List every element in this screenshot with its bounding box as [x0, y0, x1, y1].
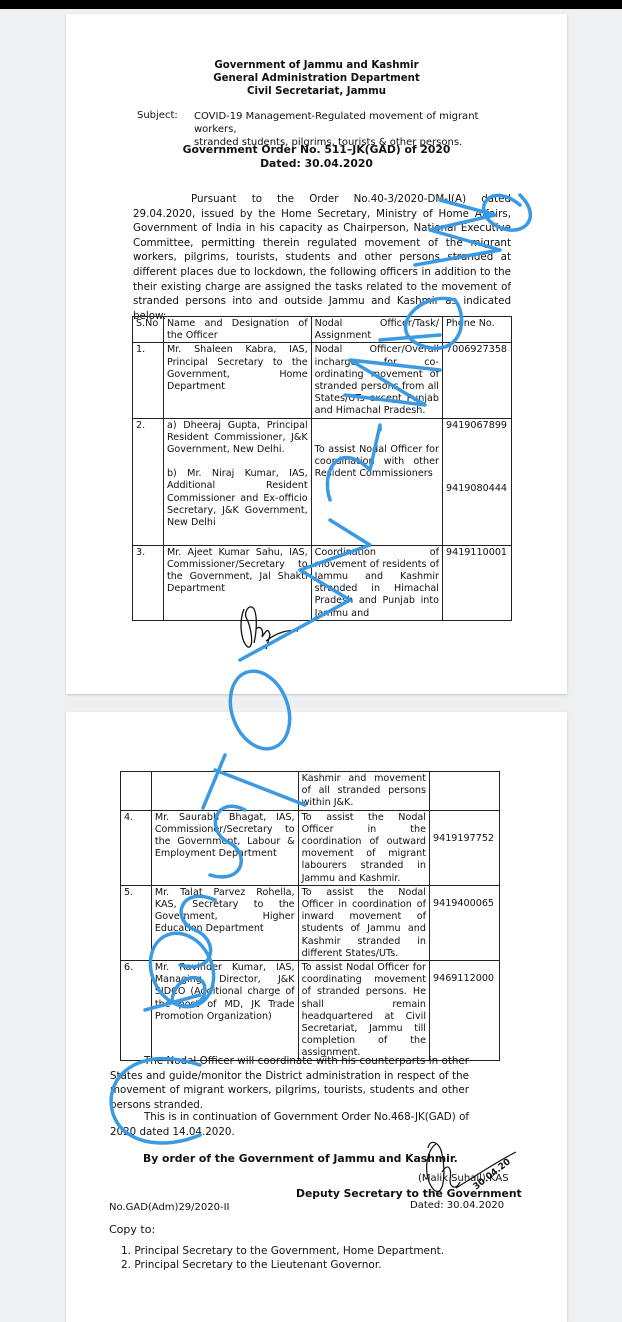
order-date: Dated: 30.04.2020 [66, 157, 567, 171]
row-task: Kashmir and movement of all stranded per… [298, 772, 429, 811]
closing-paragraph-1: The Nodal Officer will coordinate with h… [110, 1054, 469, 1112]
phone-b: 9419080444 [446, 483, 508, 495]
row-phone-empty [429, 772, 499, 811]
signatory-name: (Malik Suhail) KAS [418, 1173, 509, 1184]
table-header-row: S.No Name and Designation of the Officer… [133, 317, 512, 343]
row-officer: Mr. Talat Parvez Rohella, KAS, Secretary… [151, 885, 298, 960]
row-officer: Mr. Shaleen Kabra, IAS, Principal Secret… [163, 343, 311, 418]
copy-to-label: Copy to: [109, 1223, 155, 1236]
row-task: To assist Nodal Officer for coordinating… [298, 961, 429, 1061]
row-phone: 7006927358 [442, 343, 511, 418]
intro-paragraph: Pursuant to the Order No.40-3/2020-DM-I(… [133, 192, 511, 323]
row-officer-empty [151, 772, 298, 811]
reference-date: Dated: 30.04.2020 [410, 1200, 504, 1211]
table-row-continued: Kashmir and movement of all stranded per… [121, 772, 500, 811]
letterhead-line-2: General Administration Department [66, 73, 567, 86]
row-sno: 2. [133, 418, 164, 545]
document-page-2: Kashmir and movement of all stranded per… [66, 712, 567, 1322]
row-sno: 5. [121, 885, 152, 960]
subject-label: Subject: [137, 110, 178, 121]
subject-line-1: COVID-19 Management-Regulated movement o… [194, 110, 524, 136]
table-row: 3. Mr. Ajeet Kumar Sahu, IAS, Commission… [133, 545, 512, 620]
row-task: Nodal Officer/Overall incharge for co-or… [311, 343, 442, 418]
row-task-text: To assist Nodal Officer for coordination… [315, 444, 439, 481]
row-phone: 9419197752 [429, 810, 499, 885]
table-row: 2. a) Dheeraj Gupta, Principal Resident … [133, 418, 512, 545]
header-phone: Phone No. [442, 317, 511, 343]
initials-signature [236, 599, 306, 654]
officers-table-part-2: Kashmir and movement of all stranded per… [120, 771, 500, 1061]
viewer-top-bar [0, 0, 622, 9]
row-sno: 6. [121, 961, 152, 1061]
header-sno: S.No [133, 317, 164, 343]
header-name: Name and Designation of the Officer [163, 317, 311, 343]
officer-a: a) Dheeraj Gupta, Principal Resident Com… [167, 420, 308, 457]
row-task: To assist Nodal Officer for coordination… [311, 418, 442, 545]
row-task: To assist the Nodal Officer in coordinat… [298, 885, 429, 960]
table-row: 5. Mr. Talat Parvez Rohella, KAS, Secret… [121, 885, 500, 960]
row-sno-empty [121, 772, 152, 811]
table-row: 4. Mr. Saurabh Bhagat, IAS, Commissioner… [121, 810, 500, 885]
officer-b: b) Mr. Niraj Kumar, IAS, Additional Resi… [167, 468, 308, 529]
row-sno: 4. [121, 810, 152, 885]
letterhead-line-1: Government of Jammu and Kashmir [66, 60, 567, 73]
row-sno: 3. [133, 545, 164, 620]
phone-a: 9419067899 [446, 420, 508, 432]
header-task: Nodal Officer/Task/ Assignment [311, 317, 442, 343]
reference-number: No.GAD(Adm)29/2020-II [109, 1202, 230, 1213]
row-phone: 9419110001 [442, 545, 511, 620]
copy-to-item: 1. Principal Secretary to the Government… [121, 1244, 444, 1258]
document-page-1: Government of Jammu and Kashmir General … [66, 14, 567, 694]
row-phone: 9469112000 [429, 961, 499, 1061]
signatory-title: Deputy Secretary to the Government [296, 1187, 522, 1200]
row-task: To assist the Nodal Officer in the coord… [298, 810, 429, 885]
row-phone: 9419067899 9419080444 [442, 418, 511, 545]
letterhead-line-3: Civil Secretariat, Jammu [66, 86, 567, 99]
copy-to-item: 2. Principal Secretary to the Lieutenant… [121, 1258, 444, 1272]
table-row: 1. Mr. Shaleen Kabra, IAS, Principal Sec… [133, 343, 512, 418]
row-sno: 1. [133, 343, 164, 418]
by-order-line: By order of the Government of Jammu and … [143, 1152, 458, 1165]
officers-table-part-1: S.No Name and Designation of the Officer… [132, 316, 512, 621]
table-row: 6. Mr. Ravinder Kumar, IAS, Managing Dir… [121, 961, 500, 1061]
row-officer: Mr. Saurabh Bhagat, IAS, Commissioner/Se… [151, 810, 298, 885]
row-task: Coordination of movement of residents of… [311, 545, 442, 620]
order-number: Government Order No. 511–JK(GAD) of 2020 [66, 143, 567, 157]
row-phone: 9419400065 [429, 885, 499, 960]
row-officer: a) Dheeraj Gupta, Principal Resident Com… [163, 418, 311, 545]
copy-to-list: 1. Principal Secretary to the Government… [121, 1244, 444, 1272]
row-officer: Mr. Ravinder Kumar, IAS, Managing Direct… [151, 961, 298, 1061]
